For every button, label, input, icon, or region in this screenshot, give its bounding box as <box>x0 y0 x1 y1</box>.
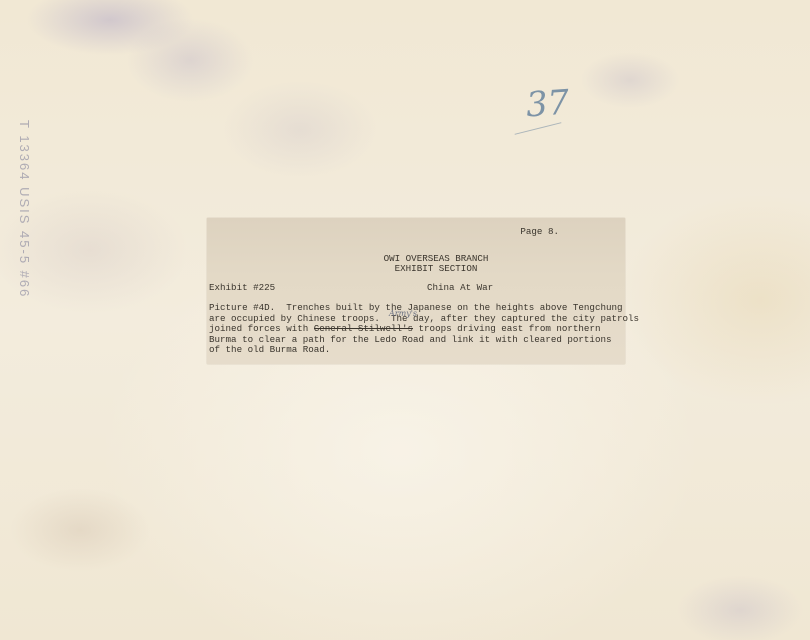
caption-line-4: Burma to clear a path for the Ledo Road … <box>209 334 611 345</box>
caption-line-3a: joined forces with <box>209 323 314 334</box>
photo-back-sheet: T 13364 USIS 45-5 #66 37 Page 8. OWI OVE… <box>0 0 810 640</box>
caption-label: Page 8. OWI OVERSEAS BRANCH EXHIBIT SECT… <box>207 218 625 364</box>
caption-line-2: are occupied by Chinese troops. The day,… <box>209 313 639 324</box>
caption-line-3b: troops driving east from northern <box>413 323 600 334</box>
page-number: Page 8. <box>520 227 559 238</box>
caption-line-5: of the old Burma Road. <box>209 344 330 355</box>
handwritten-correction: Army's <box>389 309 417 320</box>
exhibit-number: Exhibit #225 <box>209 283 275 294</box>
org-line-2: EXHIBIT SECTION <box>247 264 625 274</box>
organization-heading: OWI OVERSEAS BRANCH EXHIBIT SECTION <box>207 254 625 274</box>
pencil-edge-note: T 13364 USIS 45-5 #66 <box>17 120 32 360</box>
series-title: China At War <box>427 283 493 294</box>
handwritten-number: 37 <box>525 83 571 126</box>
struck-text: General Stilwell's <box>314 323 413 334</box>
